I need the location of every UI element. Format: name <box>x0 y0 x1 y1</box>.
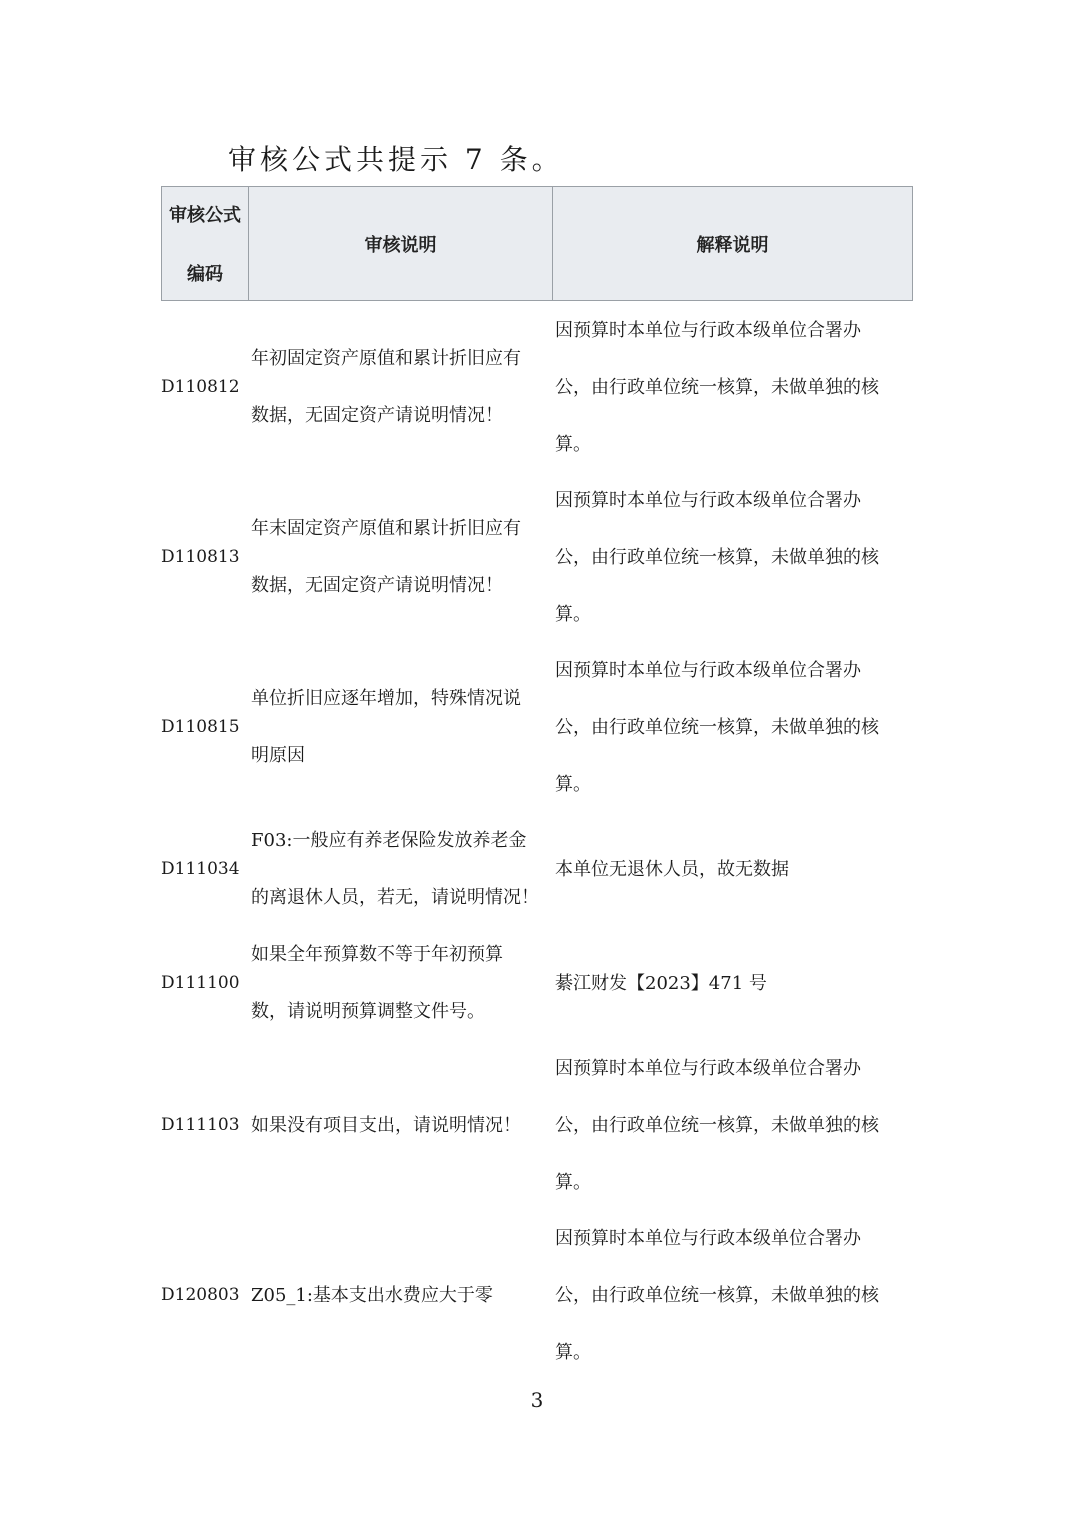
intro-text: 审核公式共提示 7 条。 <box>228 140 564 180</box>
desc-line: 如果没有项目支出，请说明情况！ <box>251 1097 521 1154</box>
desc-line: 年末固定资产原值和累计折旧应有 <box>251 500 521 557</box>
header-code-line2: 编码 <box>187 260 223 286</box>
desc-line: 年初固定资产原值和累计折旧应有 <box>251 330 521 387</box>
table-row: D110815 单位折旧应逐年增加，特殊情况说明原因 因预算时本单位与行政本级单… <box>161 642 913 812</box>
desc-line: 的离退休人员，若无，请说明情况！ <box>251 869 539 926</box>
expl-line: 算。 <box>555 1324 879 1381</box>
row-code: D120803 <box>161 1210 249 1380</box>
expl-line: 綦江财发【2023】471 号 <box>555 955 767 1012</box>
desc-line: Z05_1:基本支出水费应大于零 <box>251 1267 493 1324</box>
row-explanation: 因预算时本单位与行政本级单位合署办公，由行政单位统一核算，未做单独的核算。 <box>553 1040 913 1210</box>
expl-line: 公，由行政单位统一核算，未做单独的核 <box>555 359 879 416</box>
expl-line: 因预算时本单位与行政本级单位合署办 <box>555 642 879 699</box>
desc-line: 数据，无固定资产请说明情况！ <box>251 557 521 614</box>
expl-line: 本单位无退休人员，故无数据 <box>555 841 789 898</box>
row-description: F03:一般应有养老保险发放养老金的离退休人员，若无，请说明情况！ <box>249 812 553 926</box>
row-explanation: 因预算时本单位与行政本级单位合署办公，由行政单位统一核算，未做单独的核算。 <box>553 472 913 642</box>
row-code: D111100 <box>161 926 249 1040</box>
row-explanation: 本单位无退休人员，故无数据 <box>553 812 913 926</box>
expl-line: 公，由行政单位统一核算，未做单独的核 <box>555 529 879 586</box>
table-row: D110813 年末固定资产原值和累计折旧应有数据，无固定资产请说明情况！ 因预… <box>161 472 913 642</box>
header-description: 审核说明 <box>249 187 553 300</box>
row-description: 年末固定资产原值和累计折旧应有数据，无固定资产请说明情况！ <box>249 472 553 642</box>
expl-line: 算。 <box>555 756 879 813</box>
expl-line: 因预算时本单位与行政本级单位合署办 <box>555 472 879 529</box>
row-code: D110815 <box>161 642 249 812</box>
expl-line: 算。 <box>555 586 879 643</box>
header-code-line1: 审核公式 <box>169 201 241 227</box>
header-explanation: 解释说明 <box>553 187 912 300</box>
desc-line: 数，请说明预算调整文件号。 <box>251 983 503 1040</box>
desc-line: 数据，无固定资产请说明情况！ <box>251 387 521 444</box>
expl-line: 算。 <box>555 416 879 473</box>
desc-line: 单位折旧应逐年增加，特殊情况说 <box>251 670 521 727</box>
expl-line: 公，由行政单位统一核算，未做单独的核 <box>555 1267 879 1324</box>
expl-line: 因预算时本单位与行政本级单位合署办 <box>555 1210 879 1267</box>
row-explanation: 因预算时本单位与行政本级单位合署办公，由行政单位统一核算，未做单独的核算。 <box>553 642 913 812</box>
table-row: D111103 如果没有项目支出，请说明情况！ 因预算时本单位与行政本级单位合署… <box>161 1040 913 1210</box>
row-description: 年初固定资产原值和累计折旧应有数据，无固定资产请说明情况！ <box>249 302 553 472</box>
row-code: D110812 <box>161 302 249 472</box>
header-code: 审核公式 编码 <box>162 187 249 300</box>
row-description: Z05_1:基本支出水费应大于零 <box>249 1210 553 1380</box>
row-explanation: 因预算时本单位与行政本级单位合署办公，由行政单位统一核算，未做单独的核算。 <box>553 302 913 472</box>
expl-line: 公，由行政单位统一核算，未做单独的核 <box>555 699 879 756</box>
expl-line: 因预算时本单位与行政本级单位合署办 <box>555 302 879 359</box>
row-code: D111034 <box>161 812 249 926</box>
table-row: D111100 如果全年预算数不等于年初预算数，请说明预算调整文件号。 綦江财发… <box>161 926 913 1040</box>
desc-line: F03:一般应有养老保险发放养老金 <box>251 812 539 869</box>
row-description: 如果没有项目支出，请说明情况！ <box>249 1040 553 1210</box>
table-row: D110812 年初固定资产原值和累计折旧应有数据，无固定资产请说明情况！ 因预… <box>161 302 913 472</box>
table-row: D111034 F03:一般应有养老保险发放养老金的离退休人员，若无，请说明情况… <box>161 812 913 926</box>
row-explanation: 綦江财发【2023】471 号 <box>553 926 913 1040</box>
table-row: D120803 Z05_1:基本支出水费应大于零 因预算时本单位与行政本级单位合… <box>161 1210 913 1380</box>
row-description: 单位折旧应逐年增加，特殊情况说明原因 <box>249 642 553 812</box>
expl-line: 因预算时本单位与行政本级单位合署办 <box>555 1040 879 1097</box>
row-explanation: 因预算时本单位与行政本级单位合署办公，由行政单位统一核算，未做单独的核算。 <box>553 1210 913 1380</box>
row-description: 如果全年预算数不等于年初预算数，请说明预算调整文件号。 <box>249 926 553 1040</box>
expl-line: 算。 <box>555 1154 879 1211</box>
desc-line: 如果全年预算数不等于年初预算 <box>251 926 503 983</box>
row-code: D110813 <box>161 472 249 642</box>
row-code: D111103 <box>161 1040 249 1210</box>
expl-line: 公，由行政单位统一核算，未做单独的核 <box>555 1097 879 1154</box>
table-header: 审核公式 编码 审核说明 解释说明 <box>161 186 913 301</box>
page-number: 3 <box>0 1388 1074 1412</box>
desc-line: 明原因 <box>251 727 521 784</box>
